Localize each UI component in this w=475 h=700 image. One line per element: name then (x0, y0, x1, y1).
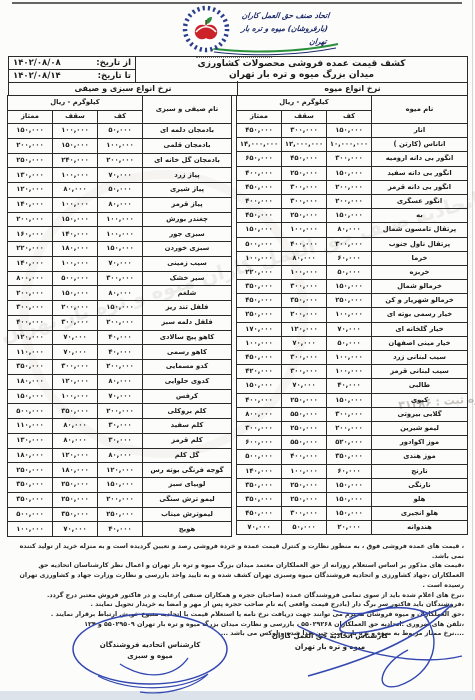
fruit-name-cell: به (372, 209, 468, 223)
veg-name-cell: سبزی خوردن (143, 242, 232, 257)
fruit-name-cell: انگور عسگری (372, 194, 468, 208)
fruit-premium-cell: ۴۰۰,۰۰۰ (236, 166, 281, 180)
fruit-table-row: گلابی بیروتی ۳۰۰,۰۰۰ ۵۵۰,۰۰۰ ۸۰۰,۰۰۰ (236, 407, 467, 421)
veg-floor-cell: ۲۰۰,۰۰۰ (98, 492, 143, 507)
fruit-floor-cell: ۵۰,۰۰۰ (327, 265, 372, 279)
veg-price-table: نام صیفی و سبزی کیلوگرم - ریال کف سقف مم… (8, 95, 232, 537)
fruit-name-cell: هلو انجیری (372, 507, 468, 521)
fruit-name-cell: طالبی (372, 379, 468, 393)
veg-table-row: کلم سفید ۳۰,۰۰۰ ۸۰,۰۰۰ ۱۱۰,۰۰۰ (7, 419, 231, 434)
fruit-ceiling-cell: ۱۰۰,۰۰۰ (282, 223, 327, 237)
veg-premium-cell: ۳۵۰,۰۰۰ (7, 478, 52, 493)
fruit-name-cell: خیار گلخانه ای (372, 322, 468, 336)
fruit-name-cell: نارنج (372, 464, 468, 478)
fruit-ceiling-cell: ۱۲,۰۰۰,۰۰۰ (282, 138, 327, 152)
fruit-premium-cell: ۶۰۰,۰۰۰ (236, 436, 281, 450)
veg-premium-cell: ۲۰۰,۰۰۰ (7, 286, 52, 301)
veg-name-cell: بادمجان گل خانه ای (143, 153, 232, 168)
veg-premium-cell: ۱۱۰,۰۰۰ (7, 419, 52, 434)
veg-floor-cell: ۳۰۰,۰۰۰ (98, 271, 143, 286)
fruit-table-row: لیمو شیرین ۲۰۰,۰۰۰ ۲۵۰,۰۰۰ ۳۰۰,۰۰۰ (236, 421, 467, 435)
fruit-premium-cell: ۳۵۰,۰۰۰ (236, 492, 281, 506)
veg-name-cell: گل کلم (143, 448, 232, 463)
fruit-price-table: نام میوه کیلوگرم - ریال کف سقف ممتاز انا… (237, 95, 468, 535)
section-title-row: نرخ انواع میوه نرخ انواع سبزی و صیفی (8, 81, 468, 96)
veg-floor-cell: ۱۵۰,۰۰۰ (98, 478, 143, 493)
fruit-name-header: نام میوه (372, 96, 468, 124)
fruit-name-cell: انگور بی دانه ارومیه (372, 152, 468, 166)
fruit-premium-cell: ۴۵۰,۰۰۰ (236, 124, 281, 138)
from-date-row: از تاریخ: ۱۴۰۲/۰۸/۰۸ (9, 57, 135, 69)
veg-ceiling-cell: ۵۰۰,۰۰۰ (53, 271, 98, 286)
title-line2: میدان بزرگ میوه و تره بار تهران (136, 70, 467, 81)
veg-ceiling-cell: ۷۰,۰۰۰ (53, 522, 98, 537)
veg-ceiling-cell: ۱۰۰,۰۰۰ (53, 168, 98, 183)
veg-table-row: کاهو پیچ سالادی ۴۰,۰۰۰ ۷۰,۰۰۰ ۱۲۰,۰۰۰ (7, 330, 231, 345)
signature-caption-left: کارشناس اتحادیه فروشندگان میوه و سبزی (80, 640, 220, 662)
veg-name-cell: هویج (143, 522, 232, 537)
veg-floor-cell: ۱۵۰,۰۰۰ (98, 242, 143, 257)
to-date-label: تا تاریخ: (98, 71, 131, 81)
fruit-ceiling-cell: ۴۵۰,۰۰۰ (282, 152, 327, 166)
fruit-table-row: سیب لبنانی قرمز ۱۰۰,۰۰۰ ۳۰۰,۰۰۰ ۴۲۰,۰۰۰ (236, 365, 467, 379)
fruit-name-cell: انگور بی دانه سفید (372, 166, 468, 180)
fruit-premium-cell: ۳۰۰,۰۰۰ (236, 421, 281, 435)
veg-premium-cell: ۱۰۰,۰۰۰ (7, 522, 52, 537)
fruit-name-cell: انار (372, 124, 468, 138)
fruit-floor-cell: ۱۵۰,۰۰۰ (327, 492, 372, 506)
fruit-premium-cell: ۱۴۰,۰۰۰ (236, 464, 281, 478)
fruit-name-cell: کیوی (372, 393, 468, 407)
fruit-table-row: انار ۱۵۰,۰۰۰ ۳۰۰,۰۰۰ ۴۵۰,۰۰۰ (236, 124, 467, 138)
veg-ceiling-cell: ۱۰۰,۰۰۰ (53, 197, 98, 212)
fruit-floor-cell: ۷۰,۰۰۰ (327, 322, 372, 336)
fruit-floor-cell: ۵۲۰,۰۰۰ (327, 436, 372, 450)
veg-table-row: هویج ۴۰,۰۰۰ ۷۰,۰۰۰ ۱۰۰,۰۰۰ (7, 522, 231, 537)
fruit-premium-cell: ۴۵۰,۰۰۰ (236, 294, 281, 308)
date-box: از تاریخ: ۱۴۰۲/۰۸/۰۸ تا تاریخ: ۱۴۰۲/۰۸/۱… (9, 57, 135, 82)
fruit-ceiling-cell: ۳۰۰,۰۰۰ (282, 365, 327, 379)
fruit-name-cell: هندوانه (372, 521, 468, 535)
veg-name-cell: سبزی جور (143, 227, 232, 242)
fruit-name-cell: هلو (372, 492, 468, 506)
fruit-ceiling-cell: ۳۰۰,۰۰۰ (282, 124, 327, 138)
veg-table-row: لیموترش میناب ۲۵۰,۰۰۰ ۳۵۰,۰۰۰ ۵۰۰,۰۰۰ (7, 507, 231, 522)
veg-table-row: بادمجان دلمه ای ۵۰,۰۰۰ ۱۰۰,۰۰۰ ۱۵۰,۰۰۰ (7, 124, 231, 139)
veg-ceiling-cell: ۳۵۰,۰۰۰ (53, 507, 98, 522)
veg-floor-cell: ۷۰,۰۰۰ (98, 168, 143, 183)
fruit-floor-cell: ۶۰,۰۰۰ (327, 251, 372, 265)
fruit-ceiling-cell: ۳۰۰,۰۰۰ (282, 507, 327, 521)
fruit-table-row: به ۱۵۰,۰۰۰ ۲۵۰,۰۰۰ ۴۵۰,۰۰۰ (236, 209, 467, 223)
from-date-value: ۱۴۰۲/۰۸/۰۸ (13, 58, 61, 68)
veg-ceiling-cell: ۸۰,۰۰۰ (53, 433, 98, 448)
fruit-table-row: انگور بی دانه ارومیه ۳۰۰,۰۰۰ ۴۵۰,۰۰۰ ۶۵۰… (236, 152, 467, 166)
fruit-table-row: پرتقال ناول جنوب ۳۰۰,۰۰۰ ۴۰۰,۰۰۰ ۵۰۰,۰۰۰ (236, 237, 467, 251)
footnote-line: ، قیمت های عمده فروشی فوق ، به منظور نظا… (10, 542, 464, 561)
veg-name-cell: پیاز زرد (143, 168, 232, 183)
fruit-table-row: خرمالو شهریار و کن ۲۵۰,۰۰۰ ۳۵۰,۰۰۰ ۴۵۰,۰… (236, 294, 467, 308)
veg-table-row: لوبیای سبز ۱۵۰,۰۰۰ ۲۵۰,۰۰۰ ۳۵۰,۰۰۰ (7, 478, 231, 493)
fruit-table-row: موز اکوادور ۵۲۰,۰۰۰ ۵۵۰,۰۰۰ ۶۰۰,۰۰۰ (236, 436, 467, 450)
fruit-ceiling-cell: ۴۰۰,۰۰۰ (282, 237, 327, 251)
fruit-floor-cell: ۱۵۰,۰۰۰ (327, 166, 372, 180)
fruit-name-cell: موز اکوادور (372, 436, 468, 450)
signature-caption-right: کارشناس اتحادیه حق العمل کاران میوه و تر… (252, 631, 408, 653)
signature-right-line2: میوه و تره بار تهران (252, 642, 408, 653)
fruit-premium-cell: ۴۵۰,۰۰۰ (236, 180, 281, 194)
veg-premium-cell: ۳۵۰,۰۰۰ (7, 492, 52, 507)
veg-ceiling-cell: ۷۰,۰۰۰ (53, 330, 98, 345)
veg-col-floor: کف (98, 111, 143, 124)
fruit-premium-cell: ۴۵۰,۰۰۰ (236, 209, 281, 223)
veg-premium-cell: ۱۲۰,۰۰۰ (7, 183, 52, 198)
signature-left-line2: میوه و سبزی (80, 651, 220, 662)
veg-col-premium: ممتاز (7, 111, 52, 124)
veg-premium-cell: ۸۰۰,۰۰۰ (7, 271, 52, 286)
fruit-name-cell: سیب لبنانی قرمز (372, 365, 468, 379)
veg-ceiling-cell: ۲۵۰,۰۰۰ (53, 492, 98, 507)
fruit-floor-cell: ۲۰,۰۰۰ (327, 521, 372, 535)
fruit-floor-cell: ۵۰,۰۰۰ (327, 336, 372, 350)
fruit-ceiling-cell: ۵۰,۰۰۰ (282, 521, 327, 535)
veg-name-cell: پیاز قرمز (143, 197, 232, 212)
fruit-ceiling-cell: ۲۵۰,۰۰۰ (282, 492, 327, 506)
veg-name-cell: گوجه فرنگی بوته رس (143, 463, 232, 478)
fruit-table-row: هندوانه ۲۰,۰۰۰ ۵۰,۰۰۰ ۷۰,۰۰۰ (236, 521, 467, 535)
veg-name-cell: فلفل تند ریز (143, 301, 232, 316)
veg-name-cell: بادمجان دلمه ای (143, 124, 232, 139)
veg-floor-cell: ۲۰۰,۰۰۰ (98, 404, 143, 419)
veg-premium-cell: ۲۰۰,۰۰۰ (7, 138, 52, 153)
fruit-premium-cell: ۱۴,۰۰۰,۰۰۰ (236, 138, 281, 152)
fruit-name-cell: خرمالو شهریار و کن (372, 294, 468, 308)
fruit-ceiling-cell: ۲۵۰,۰۰۰ (282, 421, 327, 435)
veg-premium-cell: ۱۳۰,۰۰۰ (7, 168, 52, 183)
veg-name-cell: کدوی حلوایی (143, 374, 232, 389)
fruit-ceiling-cell: ۳۰۰,۰۰۰ (282, 180, 327, 194)
fruit-premium-cell: ۳۵۰,۰۰۰ (236, 478, 281, 492)
veg-ceiling-cell: ۱۴۰,۰۰۰ (53, 227, 98, 242)
letterhead-org-name: اتحاد صنف حق العمل کاران (بارفروشان) میو… (230, 9, 330, 48)
fruit-floor-cell: ۲۵۰,۰۰۰ (327, 294, 372, 308)
veg-floor-cell: ۴۰,۰۰۰ (98, 330, 143, 345)
veg-name-header: نام صیفی و سبزی (143, 96, 232, 124)
letterhead-small-print (196, 53, 272, 58)
veg-name-cell: کرفس (143, 389, 232, 404)
fruit-ceiling-cell: ۵۵۰,۰۰۰ (282, 436, 327, 450)
fruit-premium-cell: ۶۵۰,۰۰۰ (236, 152, 281, 166)
veg-table-row: گوجه فرنگی بوته رس ۱۲۰,۰۰۰ ۱۸۰,۰۰۰ ۲۵۰,۰… (7, 463, 231, 478)
veg-floor-cell: ۷۰,۰۰۰ (98, 256, 143, 271)
fruit-floor-cell: ۳۰۰,۰۰۰ (327, 152, 372, 166)
footnote-line: ،نرخ های اعلام شده باید از سوی تمامی فرو… (10, 591, 464, 601)
title-line1: کشف قیمت عمده فروشی محصولات کشاورزی (136, 58, 467, 70)
veg-premium-cell: ۲۵۰,۰۰۰ (7, 153, 52, 168)
veg-table-row: کلم بروکلی ۲۰۰,۰۰۰ ۳۵۰,۰۰۰ ۵۰۰,۰۰۰ (7, 404, 231, 419)
fruit-floor-cell: ۸۰,۰۰۰ (327, 223, 372, 237)
fruit-col-premium: ممتاز (236, 111, 281, 124)
from-date-label: از تاریخ: (96, 58, 131, 68)
veg-table-row: لیمو ترش سنگی ۲۰۰,۰۰۰ ۲۵۰,۰۰۰ ۳۵۰,۰۰۰ (7, 492, 231, 507)
fruit-premium-cell: ۴۵۰,۰۰۰ (236, 507, 281, 521)
fruit-ceiling-cell: ۲۵۰,۰۰۰ (282, 478, 327, 492)
veg-premium-cell: ۵۰۰,۰۰۰ (7, 507, 52, 522)
veg-table-row: سیر خشک ۳۰۰,۰۰۰ ۵۰۰,۰۰۰ ۸۰۰,۰۰۰ (7, 271, 231, 286)
fruit-ceiling-cell: ۳۰۰,۰۰۰ (282, 280, 327, 294)
scanned-price-sheet: اتحادیه صنف حق العمل کاران میوه و تره با… (0, 0, 475, 700)
fruit-premium-cell: ۴۰۰,۰۰۰ (236, 194, 281, 208)
veg-ceiling-cell: ۱۰۰,۰۰۰ (53, 124, 98, 139)
veg-floor-cell: ۱۲۰,۰۰۰ (98, 463, 143, 478)
fruit-floor-cell: ۱۵۰,۰۰۰ (327, 209, 372, 223)
fruit-ceiling-cell: ۲۰۰,۰۰۰ (282, 308, 327, 322)
veg-ceiling-cell: ۱۸۰,۰۰۰ (53, 463, 98, 478)
fruit-table-row: خربزه ۵۰,۰۰۰ ۱۰۰,۰۰۰ ۲۲۰,۰۰۰ (236, 265, 467, 279)
document-title: کشف قیمت عمده فروشی محصولات کشاورزی میدا… (135, 57, 467, 82)
veg-premium-cell: ۱۱۰,۰۰۰ (7, 345, 52, 360)
veg-premium-cell: ۴۰۰,۰۰۰ (7, 315, 52, 330)
veg-name-cell: کلم سفید (143, 419, 232, 434)
union-emblem-icon (182, 5, 230, 53)
footnote-line: ،حق العملکاران و میوه فروشان محترم می تو… (10, 610, 464, 620)
footnotes-block: ، قیمت های عمده فروشی فوق ، به منظور نظا… (10, 542, 464, 639)
veg-section-title: نرخ انواع سبزی و صیفی (9, 81, 237, 95)
fruit-name-cell: خیار مینی اصفهان (372, 336, 468, 350)
org-name-line1: اتحاد صنف حق العمل کاران (233, 9, 330, 22)
fruit-floor-cell: ۱۵۰,۰۰۰ (327, 393, 372, 407)
veg-name-cell: فلفل دلمه سبز (143, 315, 232, 330)
veg-premium-cell: ۱۸۰,۰۰۰ (7, 374, 52, 389)
fruit-table-row: خیار مینی اصفهان ۵۰,۰۰۰ ۷۰,۰۰۰ ۱۰۰,۰۰۰ (236, 336, 467, 350)
veg-table-row: فلفل دلمه سبز ۲۰۰,۰۰۰ ۳۰۰,۰۰۰ ۴۰۰,۰۰۰ (7, 315, 231, 330)
fruit-table-row: انگور بی دانه سفید ۱۵۰,۰۰۰ ۲۵۰,۰۰۰ ۴۰۰,۰… (236, 166, 467, 180)
veg-floor-cell: ۱۰۰,۰۰۰ (98, 138, 143, 153)
veg-premium-cell: ۱۸۰,۰۰۰ (7, 448, 52, 463)
veg-premium-cell: ۲۲۰,۰۰۰ (7, 242, 52, 257)
veg-table-row: کرفس ۷۰,۰۰۰ ۱۰۰,۰۰۰ ۱۵۰,۰۰۰ (7, 389, 231, 404)
veg-floor-cell: ۷۰,۰۰۰ (98, 389, 143, 404)
veg-premium-cell: ۱۵۰,۰۰۰ (7, 389, 52, 404)
fruit-ceiling-cell: ۴۰۰,۰۰۰ (282, 450, 327, 464)
fruit-table-row: طالبی ۴۰,۰۰۰ ۷۰,۰۰۰ ۱۵۰,۰۰۰ (236, 379, 467, 393)
fruit-table-row: سیب لبنانی زرد ۱۰۰,۰۰۰ ۳۰۰,۰۰۰ ۴۵۰,۰۰۰ (236, 351, 467, 365)
veg-name-cell: کلم قرمز (143, 433, 232, 448)
fruit-name-cell: لیمو شیرین (372, 421, 468, 435)
fruit-ceiling-cell: ۳۰۰,۰۰۰ (282, 194, 327, 208)
veg-table-row: گل کلم ۸۰,۰۰۰ ۱۲۰,۰۰۰ ۱۸۰,۰۰۰ (7, 448, 231, 463)
fruit-floor-cell: ۱۵۰,۰۰۰ (327, 478, 372, 492)
veg-premium-cell: ۱۵۰,۰۰۰ (7, 124, 52, 139)
fruit-name-cell: پرتقال ناول جنوب (372, 237, 468, 251)
fruit-ceiling-cell: ۳۵۰,۰۰۰ (282, 294, 327, 308)
fruit-table-row: خیار رسمی بوته ای ۱۰۰,۰۰۰ ۲۰۰,۰۰۰ ۲۵۰,۰۰… (236, 308, 467, 322)
fruit-floor-cell: ۶۰,۰۰۰ (327, 464, 372, 478)
veg-ceiling-cell: ۱۸۰,۰۰۰ (53, 242, 98, 257)
fruit-floor-cell: ۳۵۰,۰۰۰ (327, 450, 372, 464)
fruit-floor-cell: ۲۰۰,۰۰۰ (327, 194, 372, 208)
veg-name-cell: چغندر بورش (143, 212, 232, 227)
veg-floor-cell: ۱۰۰,۰۰۰ (98, 227, 143, 242)
scan-edge-bottom (0, 691, 475, 700)
fruit-ceiling-cell: ۲۵۰,۰۰۰ (282, 393, 327, 407)
veg-ceiling-cell: ۲۰۰,۰۰۰ (53, 301, 98, 316)
veg-table-row: پیاز زرد ۷۰,۰۰۰ ۱۰۰,۰۰۰ ۱۳۰,۰۰۰ (7, 168, 231, 183)
fruit-col-ceiling: سقف (282, 111, 327, 124)
fruit-table-row: خرما ۶۰,۰۰۰ ۸۰,۰۰۰ ۱۰۰,۰۰۰ (236, 251, 467, 265)
fruit-name-cell: گلابی بیروتی (372, 407, 468, 421)
fruit-table-row: خیار گلخانه ای ۷۰,۰۰۰ ۱۲۰,۰۰۰ ۱۷۰,۰۰۰ (236, 322, 467, 336)
fruit-table-body: انار ۱۵۰,۰۰۰ ۳۰۰,۰۰۰ ۴۵۰,۰۰۰ اناناس (کار… (236, 124, 467, 535)
veg-floor-cell: ۲۰۰,۰۰۰ (98, 315, 143, 330)
veg-name-cell: کاهو رسمی (143, 345, 232, 360)
fruit-ceiling-cell: ۱۰۰,۰۰۰ (282, 464, 327, 478)
veg-floor-cell: ۸۰,۰۰۰ (98, 286, 143, 301)
fruit-name-cell: خرما (372, 251, 468, 265)
fruit-premium-cell: ۴۵۰,۰۰۰ (236, 351, 281, 365)
fruit-premium-cell: ۱۵۰,۰۰۰ (236, 223, 281, 237)
fruit-premium-cell: ۷۰,۰۰۰ (236, 521, 281, 535)
veg-floor-cell: ۱۵۰,۰۰۰ (98, 301, 143, 316)
veg-floor-cell: ۴۰,۰۰۰ (98, 345, 143, 360)
fruit-table-row: انگور بی دانه قرمز ۲۰۰,۰۰۰ ۳۰۰,۰۰۰ ۴۵۰,۰… (236, 180, 467, 194)
veg-table-row: کلم قرمز ۳۰,۰۰۰ ۸۰,۰۰۰ ۱۳۰,۰۰۰ (7, 433, 231, 448)
scan-edge-line (12, 2, 462, 4)
fruit-floor-cell: ۱۰,۰۰۰,۰۰۰ (327, 138, 372, 152)
fruit-premium-cell: ۸۰۰,۰۰۰ (236, 407, 281, 421)
veg-ceiling-cell: ۲۵۰,۰۰۰ (53, 478, 98, 493)
fruit-premium-cell: ۱۷۰,۰۰۰ (236, 322, 281, 336)
fruit-premium-cell: ۲۲۰,۰۰۰ (236, 265, 281, 279)
fruit-floor-cell: ۱۵۰,۰۰۰ (327, 507, 372, 521)
veg-table-row: کدوی حلوایی ۸۰,۰۰۰ ۱۲۰,۰۰۰ ۱۸۰,۰۰۰ (7, 374, 231, 389)
org-name-line2: (بارفروشان) میوه و تره بار تهران (230, 22, 329, 48)
veg-floor-cell: ۲۰۰,۰۰۰ (98, 153, 143, 168)
fruit-name-cell: سیب لبنانی زرد (372, 351, 468, 365)
veg-ceiling-cell: ۱۵۰,۰۰۰ (53, 212, 98, 227)
veg-ceiling-cell: ۳۰۰,۰۰۰ (53, 360, 98, 375)
veg-table-row: پیاز قرمز ۸۰,۰۰۰ ۱۰۰,۰۰۰ ۱۴۰,۰۰۰ (7, 197, 231, 212)
fruit-name-cell: نارنگی (372, 478, 468, 492)
veg-floor-cell: ۳۰,۰۰۰ (98, 419, 143, 434)
footnote-line: ،تلفن های ضروری :اتحادیه حق العملکاران ۵… (10, 620, 464, 630)
fruit-name-cell: خربزه (372, 265, 468, 279)
veg-name-cell: بادمجان قلمی (143, 138, 232, 153)
veg-ceiling-cell: ۱۰۰,۰۰۰ (53, 389, 98, 404)
veg-floor-cell: ۵۰,۰۰۰ (98, 183, 143, 198)
fruit-floor-cell: ۱۰۰,۰۰۰ (327, 351, 372, 365)
veg-premium-cell: ۲۰۰,۰۰۰ (7, 212, 52, 227)
veg-floor-cell: ۳۰,۰۰۰ (98, 433, 143, 448)
veg-floor-cell: ۸۰,۰۰۰ (98, 448, 143, 463)
veg-table-row: بادمجان قلمی ۱۰۰,۰۰۰ ۱۵۰,۰۰۰ ۲۰۰,۰۰۰ (7, 138, 231, 153)
veg-name-cell: لوبیای سبز (143, 478, 232, 493)
fruit-premium-cell: ۵۰۰,۰۰۰ (236, 450, 281, 464)
veg-ceiling-cell: ۸۰,۰۰۰ (53, 183, 98, 198)
fruit-premium-cell: ۴۲۰,۰۰۰ (236, 365, 281, 379)
veg-table-row: شلغم ۸۰,۰۰۰ ۱۵۰,۰۰۰ ۲۰۰,۰۰۰ (7, 286, 231, 301)
veg-table-row: سبزی خوردن ۱۵۰,۰۰۰ ۱۸۰,۰۰۰ ۲۲۰,۰۰۰ (7, 242, 231, 257)
footnote-line: ،فروشندگان باید فاکتور سر برگ دار (بادرج… (10, 600, 464, 610)
veg-floor-cell: ۲۵۰,۰۰۰ (98, 507, 143, 522)
fruit-ceiling-cell: ۱۰۰,۰۰۰ (282, 265, 327, 279)
veg-table-row: سیب زمینی ۷۰,۰۰۰ ۱۰۰,۰۰۰ ۱۴۰,۰۰۰ (7, 256, 231, 271)
fruit-ceiling-cell: ۸۰,۰۰۰ (282, 251, 327, 265)
fruit-ceiling-cell: ۳۰۰,۰۰۰ (282, 351, 327, 365)
fruit-premium-cell: ۲۵۰,۰۰۰ (236, 308, 281, 322)
veg-table-body: بادمجان دلمه ای ۵۰,۰۰۰ ۱۰۰,۰۰۰ ۱۵۰,۰۰۰ ب… (7, 124, 231, 537)
veg-name-cell: کلم بروکلی (143, 404, 232, 419)
fruit-floor-cell: ۴۰,۰۰۰ (327, 379, 372, 393)
veg-ceiling-cell: ۱۰۰,۰۰۰ (53, 256, 98, 271)
veg-unit-header: کیلوگرم - ریال (7, 96, 142, 111)
to-date-value: ۱۴۰۲/۰۸/۱۴ (13, 71, 61, 81)
veg-ceiling-cell: ۷۰,۰۰۰ (53, 345, 98, 360)
fruit-floor-cell: ۱۰۰,۰۰۰ (327, 365, 372, 379)
veg-floor-cell: ۴۰,۰۰۰ (98, 522, 143, 537)
fruit-table-row: خرمالو شمال ۱۵۰,۰۰۰ ۳۰۰,۰۰۰ ۳۵۰,۰۰۰ (236, 280, 467, 294)
veg-floor-cell: ۲۰۰,۰۰۰ (98, 360, 143, 375)
fruit-table-row: هلو ۱۵۰,۰۰۰ ۲۵۰,۰۰۰ ۳۵۰,۰۰۰ (236, 492, 467, 506)
fruit-premium-cell: ۱۵۰,۰۰۰ (236, 379, 281, 393)
veg-name-cell: پیاز شیری (143, 183, 232, 198)
veg-ceiling-cell: ۸۰,۰۰۰ (53, 419, 98, 434)
fruit-premium-cell: ۵۰۰,۰۰۰ (236, 237, 281, 251)
veg-table-row: فلفل تند ریز ۱۵۰,۰۰۰ ۲۰۰,۰۰۰ ۳۰۰,۰۰۰ (7, 301, 231, 316)
veg-table-row: کاهو رسمی ۴۰,۰۰۰ ۷۰,۰۰۰ ۱۱۰,۰۰۰ (7, 345, 231, 360)
fruit-floor-cell: ۳۰۰,۰۰۰ (327, 407, 372, 421)
fruit-ceiling-cell: ۲۵۰,۰۰۰ (282, 166, 327, 180)
fruit-table-row: نارنج ۶۰,۰۰۰ ۱۰۰,۰۰۰ ۱۴۰,۰۰۰ (236, 464, 467, 478)
scan-edge-right (472, 0, 473, 700)
fruit-name-cell: اناناس (کارتن ) (372, 138, 468, 152)
veg-ceiling-cell: ۱۵۰,۰۰۰ (53, 286, 98, 301)
veg-table-row: کدو مسمایی ۲۰۰,۰۰۰ ۳۰۰,۰۰۰ ۳۵۰,۰۰۰ (7, 360, 231, 375)
fruit-table-row: انگور عسگری ۲۰۰,۰۰۰ ۳۰۰,۰۰۰ ۴۰۰,۰۰۰ (236, 194, 467, 208)
veg-name-cell: لیموترش میناب (143, 507, 232, 522)
fruit-table-row: پرتقال تامسون شمال ۸۰,۰۰۰ ۱۰۰,۰۰۰ ۱۵۰,۰۰… (236, 223, 467, 237)
veg-premium-cell: ۱۲۰,۰۰۰ (7, 330, 52, 345)
veg-table-row: پیاز شیری ۵۰,۰۰۰ ۸۰,۰۰۰ ۱۲۰,۰۰۰ (7, 183, 231, 198)
fruit-table-row: کیوی ۱۵۰,۰۰۰ ۲۵۰,۰۰۰ ۴۰۰,۰۰۰ (236, 393, 467, 407)
veg-table-row: سبزی جور ۱۰۰,۰۰۰ ۱۴۰,۰۰۰ ۱۶۰,۰۰۰ (7, 227, 231, 242)
veg-premium-cell: ۲۵۰,۰۰۰ (7, 463, 52, 478)
veg-name-cell: کدو مسمایی (143, 360, 232, 375)
fruit-table-row: نارنگی ۱۵۰,۰۰۰ ۲۵۰,۰۰۰ ۳۵۰,۰۰۰ (236, 478, 467, 492)
veg-name-cell: سیب زمینی (143, 256, 232, 271)
fruit-name-cell: انگور بی دانه قرمز (372, 180, 468, 194)
fruit-ceiling-cell: ۱۲۰,۰۰۰ (282, 322, 327, 336)
veg-ceiling-cell: ۱۲۰,۰۰۰ (53, 374, 98, 389)
veg-name-cell: کاهو پیچ سالادی (143, 330, 232, 345)
veg-table-row: چغندر بورش ۱۰۰,۰۰۰ ۱۵۰,۰۰۰ ۲۰۰,۰۰۰ (7, 212, 231, 227)
footnote-line: ،قیمت های مذکور بر اساس استعلام روزانه ا… (10, 561, 464, 590)
fruit-name-cell: پرتقال تامسون شمال (372, 223, 468, 237)
fruit-premium-cell: ۱۰۰,۰۰۰ (236, 251, 281, 265)
veg-premium-cell: ۳۰۰,۰۰۰ (7, 301, 52, 316)
veg-floor-cell: ۸۰,۰۰۰ (98, 197, 143, 212)
fruit-name-cell: خرمالو شمال (372, 280, 468, 294)
fruit-floor-cell: ۲۰۰,۰۰۰ (327, 421, 372, 435)
veg-premium-cell: ۱۴۰,۰۰۰ (7, 256, 52, 271)
fruit-ceiling-cell: ۵۵۰,۰۰۰ (282, 407, 327, 421)
fruit-premium-cell: ۴۰۰,۰۰۰ (236, 393, 281, 407)
veg-ceiling-cell: ۲۴۰,۰۰۰ (53, 153, 98, 168)
fruit-premium-cell: ۳۵۰,۰۰۰ (236, 280, 281, 294)
veg-premium-cell: ۱۶۰,۰۰۰ (7, 227, 52, 242)
veg-name-cell: لیمو ترش سنگی (143, 492, 232, 507)
veg-ceiling-cell: ۳۰۰,۰۰۰ (53, 315, 98, 330)
